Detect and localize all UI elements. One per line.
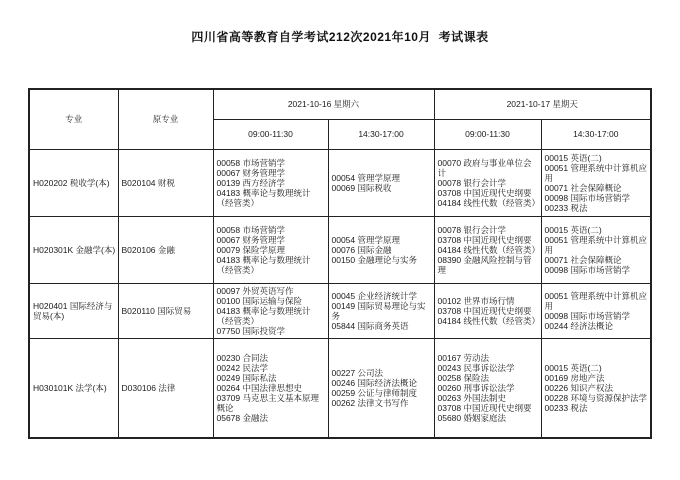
course-line: 00058 市场营销学 [217, 158, 327, 168]
course-line: 05844 国际商务英语 [332, 321, 433, 331]
course-line: 00071 社会保障概论 [545, 183, 650, 193]
course-line: 00051 管理系统中计算机应用 [545, 291, 650, 311]
course-line: 00258 保险法 [438, 373, 540, 383]
course-line: 00069 国际税收 [332, 183, 433, 193]
major-cell: H020301K 金融学(本) [29, 216, 118, 283]
course-line: 00015 英语(二) [545, 153, 650, 163]
original-major-cell: B020106 金融 [118, 216, 213, 283]
day2-afternoon-course-cell: 00051 管理系统中计算机应用00098 国际市场营销学00244 经济法概论 [541, 283, 651, 338]
table-header: 专业 原专业 2021-10-16 星期六 2021-10-17 星期天 09:… [29, 89, 651, 149]
course-line: 00076 国际金融 [332, 245, 433, 255]
course-line: 00262 法律文书写作 [332, 398, 433, 408]
table-row: H020202 税收学(本)B020104 财税00058 市场营销学00067… [29, 149, 651, 216]
course-line: 00058 市场营销学 [217, 225, 327, 235]
day2-morning-course-cell: 00078 银行会计学03708 中国近现代史纲要04184 线性代数（经管类）… [434, 216, 541, 283]
day2-afternoon-course-cell: 00015 英语(二)00051 管理系统中计算机应用00071 社会保障概论0… [541, 149, 651, 216]
table-row: H020301K 金融学(本)B020106 金融00058 市场营销学0006… [29, 216, 651, 283]
course-line: 00078 银行会计学 [438, 225, 540, 235]
day1-afternoon-course-cell: 00227 公司法00246 国际经济法概论00259 公证与律师制度00262… [328, 338, 434, 438]
course-line: 00242 民法学 [217, 363, 327, 373]
course-line: 00015 英语(二) [545, 363, 650, 373]
exam-schedule-table: 专业 原专业 2021-10-16 星期六 2021-10-17 星期天 09:… [28, 88, 652, 439]
course-line: 04183 概率论与数理统计（经管类） [217, 188, 327, 208]
course-line: 00233 税法 [545, 203, 650, 213]
course-line: 00230 合同法 [217, 353, 327, 363]
day1-morning-course-cell: 00058 市场营销学00067 财务管理学00079 保险学原理04183 概… [213, 216, 328, 283]
day1-afternoon-course-cell: 00045 企业经济统计学00149 国际贸易理论与实务05844 国际商务英语 [328, 283, 434, 338]
major-column-header: 专业 [29, 89, 118, 149]
course-line: 03708 中国近现代史纲要 [438, 188, 540, 198]
course-line: 00263 外国法制史 [438, 393, 540, 403]
course-line: 04183 概率论与数理统计（经管类） [217, 306, 327, 326]
original-major-cell: B020104 财税 [118, 149, 213, 216]
table-row: H030101K 法学(本)D030106 法律00230 合同法00242 民… [29, 338, 651, 438]
day2-morning-course-cell: 00102 世界市场行情03708 中国近现代史纲要04184 线性代数（经管类… [434, 283, 541, 338]
major-cell: H030101K 法学(本) [29, 338, 118, 438]
course-line: 00015 英语(二) [545, 225, 650, 235]
course-line: 00259 公证与律师制度 [332, 388, 433, 398]
original-major-column-header: 原专业 [118, 89, 213, 149]
course-line: 00169 房地产法 [545, 373, 650, 383]
course-line: 00045 企业经济统计学 [332, 291, 433, 301]
course-line: 04184 线性代数（经管类） [438, 316, 540, 326]
course-line: 00139 西方经济学 [217, 178, 327, 188]
course-line: 00067 财务管理学 [217, 235, 327, 245]
course-line: 00243 民事诉讼法学 [438, 363, 540, 373]
exam-table-body: H020202 税收学(本)B020104 财税00058 市场营销学00067… [29, 149, 651, 438]
course-line: 00054 管理学原理 [332, 235, 433, 245]
major-cell: H020401 国际经济与贸易(本) [29, 283, 118, 338]
day2-morning-course-cell: 00167 劳动法00243 民事诉讼法学00258 保险法00260 刑事诉讼… [434, 338, 541, 438]
day1-afternoon-slot-header: 14:30-17:00 [328, 119, 434, 149]
course-line: 05678 金融法 [217, 413, 327, 423]
original-major-cell: D030106 法律 [118, 338, 213, 438]
day1-afternoon-course-cell: 00054 管理学原理00069 国际税收 [328, 149, 434, 216]
course-line: 00071 社会保障概论 [545, 255, 650, 265]
course-line: 00149 国际贸易理论与实务 [332, 301, 433, 321]
day2-afternoon-slot-header: 14:30-17:00 [541, 119, 651, 149]
day1-afternoon-course-cell: 00054 管理学原理00076 国际金融00150 金融理论与实务 [328, 216, 434, 283]
course-line: 07750 国际投资学 [217, 326, 327, 336]
day2-morning-course-cell: 00070 政府与事业单位会计00078 银行会计学03708 中国近现代史纲要… [434, 149, 541, 216]
course-line: 00249 国际私法 [217, 373, 327, 383]
course-line: 00097 外贸英语写作 [217, 286, 327, 296]
course-line: 00150 金融理论与实务 [332, 255, 433, 265]
day1-header: 2021-10-16 星期六 [213, 89, 434, 119]
course-line: 00227 公司法 [332, 368, 433, 378]
course-line: 00244 经济法概论 [545, 321, 650, 331]
course-line: 04184 线性代数（经管类） [438, 245, 540, 255]
day2-afternoon-course-cell: 00015 英语(二)00169 房地产法00226 知识产权法00228 环境… [541, 338, 651, 438]
course-line: 00226 知识产权法 [545, 383, 650, 393]
day2-header: 2021-10-17 星期天 [434, 89, 651, 119]
course-line: 00098 国际市场营销学 [545, 311, 650, 321]
course-line: 00079 保险学原理 [217, 245, 327, 255]
day1-morning-slot-header: 09:00-11:30 [213, 119, 328, 149]
course-line: 00260 刑事诉讼法学 [438, 383, 540, 393]
course-line: 00078 银行会计学 [438, 178, 540, 188]
course-line: 00098 国际市场营销学 [545, 265, 650, 275]
course-line: 04183 概率论与数理统计（经管类） [217, 255, 327, 275]
course-line: 04184 线性代数（经管类） [438, 198, 540, 208]
course-line: 00100 国际运输与保险 [217, 296, 327, 306]
course-line: 00054 管理学原理 [332, 173, 433, 183]
course-line: 05680 婚姻家庭法 [438, 413, 540, 423]
course-line: 03708 中国近现代史纲要 [438, 306, 540, 316]
day1-morning-course-cell: 00058 市场营销学00067 财务管理学00139 西方经济学04183 概… [213, 149, 328, 216]
course-line: 00051 管理系统中计算机应用 [545, 235, 650, 255]
course-line: 00233 税法 [545, 403, 650, 413]
course-line: 00246 国际经济法概论 [332, 378, 433, 388]
original-major-cell: B020110 国际贸易 [118, 283, 213, 338]
course-line: 00067 财务管理学 [217, 168, 327, 178]
day1-morning-course-cell: 00230 合同法00242 民法学00249 国际私法00264 中国法律思想… [213, 338, 328, 438]
course-line: 00051 管理系统中计算机应用 [545, 163, 650, 183]
course-line: 08390 金融风险控制与管理 [438, 255, 540, 275]
course-line: 00228 环境与资源保护法学 [545, 393, 650, 403]
course-line: 03708 中国近现代史纲要 [438, 403, 540, 413]
course-line: 03709 马克思主义基本原理概论 [217, 393, 327, 413]
course-line: 00167 劳动法 [438, 353, 540, 363]
major-cell: H020202 税收学(本) [29, 149, 118, 216]
course-line: 00070 政府与事业单位会计 [438, 158, 540, 178]
day2-afternoon-course-cell: 00015 英语(二)00051 管理系统中计算机应用00071 社会保障概论0… [541, 216, 651, 283]
page-title: 四川省高等教育自学考试212次2021年10月 考试课表 [0, 28, 680, 45]
day2-morning-slot-header: 09:00-11:30 [434, 119, 541, 149]
table-row: H020401 国际经济与贸易(本)B020110 国际贸易00097 外贸英语… [29, 283, 651, 338]
course-line: 00098 国际市场营销学 [545, 193, 650, 203]
course-line: 03708 中国近现代史纲要 [438, 235, 540, 245]
course-line: 00264 中国法律思想史 [217, 383, 327, 393]
course-line: 00102 世界市场行情 [438, 296, 540, 306]
day1-morning-course-cell: 00097 外贸英语写作00100 国际运输与保险04183 概率论与数理统计（… [213, 283, 328, 338]
